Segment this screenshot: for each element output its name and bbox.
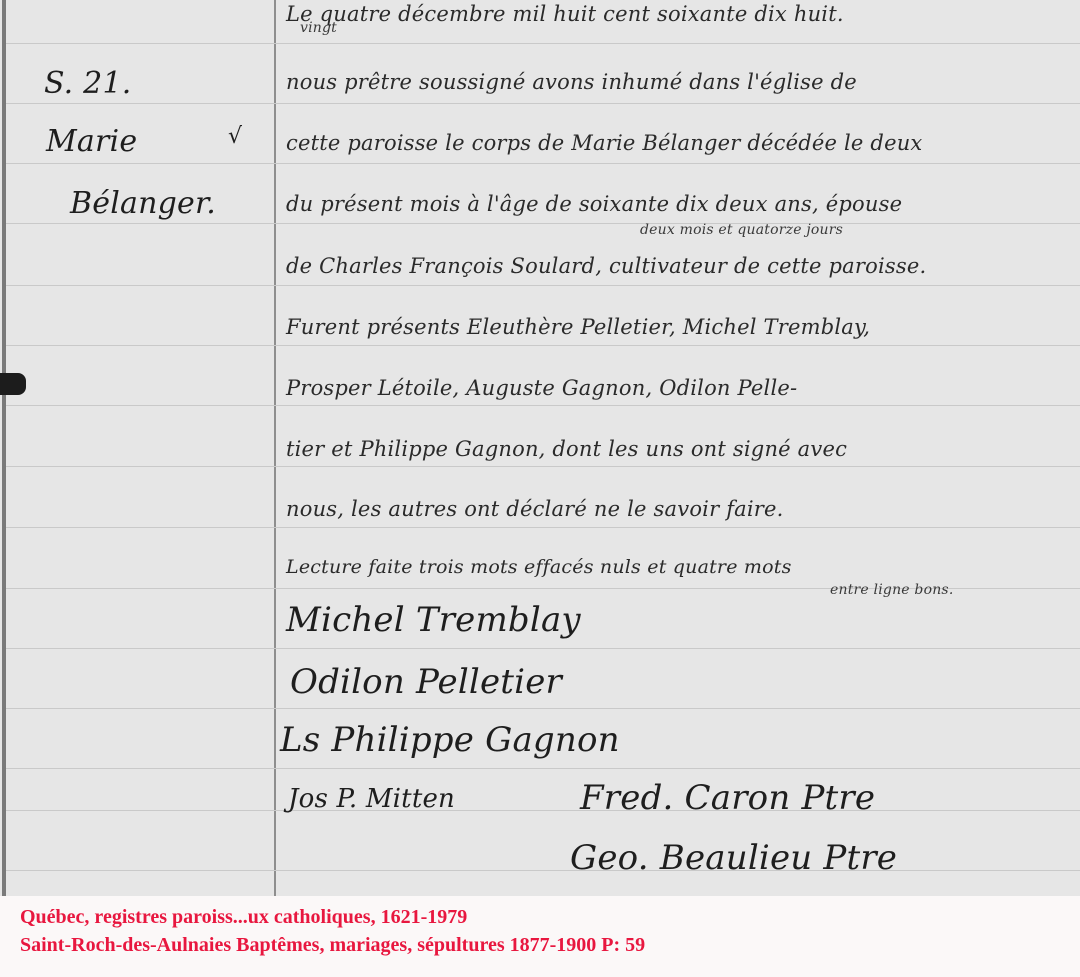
margin-divider [274, 0, 276, 896]
caption-register: Saint-Roch-des-Aulnaies Baptêmes, mariag… [20, 934, 645, 957]
ruled-line [6, 768, 1080, 769]
ruled-line [6, 43, 1080, 44]
ruled-line [6, 527, 1080, 528]
ruled-line [6, 285, 1080, 286]
signature: Odilon Pelletier [290, 662, 562, 702]
insert-right: entre ligne bons. [830, 582, 953, 598]
body-line: nous, les autres ont déclaré ne le savoi… [286, 497, 784, 521]
margin-name-first: Marie [46, 124, 137, 159]
record-number: S. 21. [44, 66, 131, 101]
body-line: cette paroisse le corps de Marie Bélange… [286, 131, 922, 155]
ruled-line [6, 223, 1080, 224]
body-line: tier et Philippe Gagnon, dont les uns on… [286, 437, 847, 461]
page-tab-marker [0, 373, 26, 395]
ruled-line [6, 870, 1080, 871]
ruled-line [6, 810, 1080, 811]
body-line: Prosper Létoile, Auguste Gagnon, Odilon … [286, 376, 797, 400]
body-line: Furent présents Eleuthère Pelletier, Mic… [286, 315, 870, 339]
signature: Ls Philippe Gagnon [280, 720, 620, 760]
caption-collection: Québec, registres paroiss...ux catholiqu… [20, 906, 467, 929]
signature: Fred. Caron Ptre [580, 778, 875, 818]
ruled-line [6, 466, 1080, 467]
signature: Jos P. Mitten [288, 784, 455, 814]
ruled-line [6, 163, 1080, 164]
ruled-line [6, 103, 1080, 104]
body-line: nous prêtre soussigné avons inhumé dans … [286, 70, 857, 94]
ruled-line [6, 648, 1080, 649]
source-caption: Québec, registres paroiss...ux catholiqu… [0, 896, 1080, 977]
signature: Michel Tremblay [286, 600, 581, 640]
signature: Geo. Beaulieu Ptre [570, 838, 897, 878]
page-binding-edge [2, 0, 6, 896]
body-line: Le quatre décembre mil huit cent soixant… [286, 2, 844, 26]
body-line: Lecture faite trois mots effacés nuls et… [286, 556, 792, 578]
check-mark-icon: √ [228, 124, 242, 149]
register-page-scan: S. 21. Marie √ Bélanger. vingt Le quatre… [0, 0, 1080, 896]
ruled-line [6, 405, 1080, 406]
insert-below: deux mois et quatorze jours [640, 222, 843, 238]
ruled-line [6, 345, 1080, 346]
ruled-line [6, 708, 1080, 709]
margin-name-last: Bélanger. [70, 186, 216, 221]
body-line: du présent mois à l'âge de soixante dix … [286, 192, 902, 216]
body-line: de Charles François Soulard, cultivateur… [286, 254, 926, 278]
